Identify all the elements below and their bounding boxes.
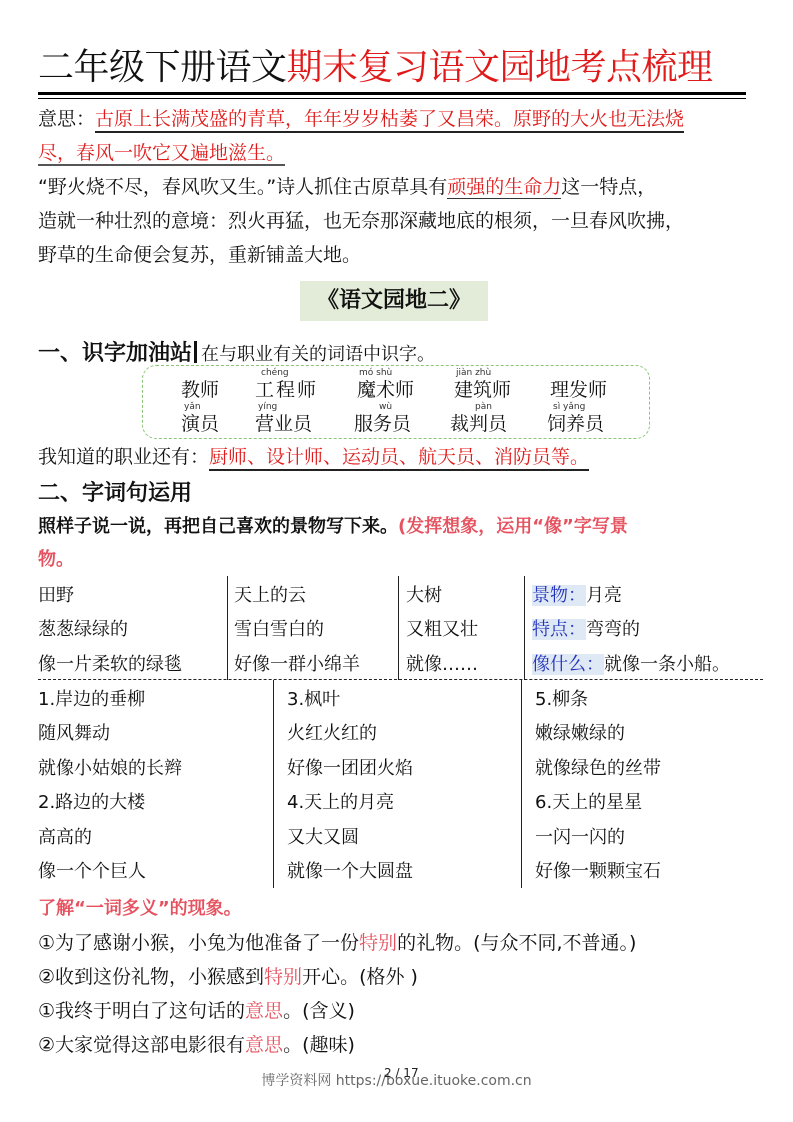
page-title: 二年级下册语文期末复习语文园地考点梳理: [38, 44, 713, 92]
template-value: 弯弯的: [586, 619, 640, 640]
polysemy-text: 的礼物。(与众不同,不普通。): [397, 932, 636, 954]
answer-cell: 就像小姑娘的长辫: [38, 752, 182, 787]
template-label: 像什么：: [532, 654, 604, 675]
answer-cell: 就像绿色的丝带: [535, 752, 661, 787]
answer-cell: 像一个个巨人: [38, 855, 146, 890]
job-word: 理发师: [550, 375, 607, 402]
polysemy-text: 。(趣味): [283, 1034, 355, 1056]
answer-cell: 1.岸边的垂柳: [38, 683, 145, 718]
title-red: 期末复习语文园地考点梳理: [287, 47, 713, 88]
job-word: 演员: [181, 409, 219, 436]
example-cell: 好像一群小绵羊: [234, 648, 360, 683]
example-cell: 田野: [38, 579, 74, 614]
meaning-text-1: 古原上长满茂盛的青草，年年岁岁枯萎了又昌荣。原野的大火也无法烧: [95, 108, 684, 133]
example-cell: 雪白雪白的: [234, 613, 324, 648]
example-cell: 大树: [406, 579, 442, 614]
answer-cell: 火红火红的: [287, 717, 377, 752]
template-value: 月亮: [586, 585, 622, 606]
job-word: 裁判员: [450, 409, 507, 436]
part1-heading: 一、识字加油站在与职业有关的词语中识字。: [38, 336, 435, 367]
title-double-rule: [38, 92, 746, 99]
polysemy-item: ①为了感谢小猴，小兔为他准备了一份特别的礼物。(与众不同,不普通。): [38, 926, 636, 960]
section-badge: 《语文园地二》: [300, 281, 488, 321]
polysemy-item: ①我终于明白了这句话的意思。(含义): [38, 994, 355, 1028]
polysemy-keyword: 意思: [245, 1034, 283, 1056]
template-label: 景物：: [532, 585, 586, 606]
polysemy-text: ②收到这份礼物，小猴感到: [38, 966, 264, 988]
job-word: 建筑师: [454, 375, 511, 402]
example-cell: 又粗又壮: [406, 613, 478, 648]
analysis-line-2: 造就一种壮烈的意境：烈火再猛，也无奈那深藏地底的根须，一旦春风吹拂，: [38, 204, 684, 238]
job-word: 服务员: [354, 409, 411, 436]
polysemy-text: ①我终于明白了这句话的: [38, 1000, 245, 1022]
analysis-line-1: “野火烧不尽，春风吹又生。”诗人抓住古原草具有顽强的生命力这一特点，: [38, 170, 656, 204]
template-row: 特点：弯弯的: [532, 613, 640, 648]
polysemy-item: ②收到这份礼物，小猴感到特别开心。(格外 ): [38, 960, 418, 994]
dashed-divider: [38, 679, 763, 680]
polysemy-keyword: 意思: [245, 1000, 283, 1022]
template-value: 就像一条小船。: [604, 654, 730, 675]
example-cell: 像一片柔软的绿毯: [38, 648, 182, 683]
template-row: 像什么：就像一条小船。: [532, 648, 730, 683]
instruction-hint-cont: 物。: [38, 544, 74, 576]
column-divider: [273, 680, 274, 888]
meaning-text-2: 尽，春风一吹它又遍地滋生。: [38, 142, 285, 166]
answer-cell: 好像一团团火焰: [287, 752, 413, 787]
page-number: 2 / 17: [384, 1066, 419, 1080]
answer-cell: 又大又圆: [287, 821, 359, 856]
analysis-highlight: 顽强的生命力: [447, 176, 561, 199]
divider-bar: [194, 341, 197, 363]
job-word: 营业员: [255, 409, 312, 436]
part1-heading-text: 一、识字加油站: [38, 341, 192, 366]
more-jobs-line: 我知道的职业还有：厨师、设计师、运动员、航天员、消防员等。: [38, 440, 589, 474]
polysemy-keyword: 特别: [264, 966, 302, 988]
example-cell: 葱葱绿绿的: [38, 613, 128, 648]
answer-cell: 5.柳条: [535, 683, 588, 718]
answer-cell: 2.路边的大楼: [38, 786, 145, 821]
polysemy-heading: 了解“一词多义”的现象。: [38, 893, 242, 925]
polysemy-text: 开心。(格外 ): [302, 966, 418, 988]
job-word: 教师: [181, 375, 219, 402]
job-word: 饲养员: [547, 409, 604, 436]
answer-cell: 随风舞动: [38, 717, 110, 752]
more-jobs-answer: 厨师、设计师、运动员、航天员、消防员等。: [209, 446, 589, 471]
job-word: 工程师: [255, 375, 318, 402]
polysemy-text: ②大家觉得这部电影很有: [38, 1034, 245, 1056]
polysemy-text: ①为了感谢小猴，小兔为他准备了一份: [38, 932, 359, 954]
answer-cell: 6.天上的星星: [535, 786, 642, 821]
part2-heading: 二、字词句运用: [38, 476, 192, 507]
analysis-text: 这一特点，: [561, 176, 656, 198]
column-divider: [521, 680, 522, 888]
title-black: 二年级下册语文: [38, 47, 287, 88]
answer-cell: 3.枫叶: [287, 683, 340, 718]
answer-cell: 就像一个大圆盘: [287, 855, 413, 890]
example-cell: 天上的云: [234, 579, 306, 614]
meaning-line-2: 尽，春风一吹它又遍地滋生。: [38, 136, 285, 170]
analysis-line-3: 野草的生命便会复苏，重新铺盖大地。: [38, 238, 361, 272]
analysis-text: “野火烧不尽，春风吹又生。”诗人抓住古原草具有: [38, 176, 447, 198]
polysemy-text: 。(含义): [283, 1000, 355, 1022]
instruction-hint: (发挥想象，运用“像”字写景: [398, 516, 628, 537]
answer-cell: 嫩绿嫩绿的: [535, 717, 625, 752]
answer-cell: 4.天上的月亮: [287, 786, 394, 821]
part1-subtitle: 在与职业有关的词语中识字。: [201, 344, 435, 365]
part2-instruction: 照样子说一说，再把自己喜欢的景物写下来。(发挥想象，运用“像”字写景: [38, 511, 628, 543]
instruction-text: 照样子说一说，再把自己喜欢的景物写下来。: [38, 516, 398, 537]
job-word: 魔术师: [357, 375, 414, 402]
answer-cell: 一闪一闪的: [535, 821, 625, 856]
answer-cell: 好像一颗颗宝石: [535, 855, 661, 890]
polysemy-keyword: 特别: [359, 932, 397, 954]
example-cell: 就像……: [406, 648, 478, 683]
answer-cell: 高高的: [38, 821, 92, 856]
column-divider: [524, 576, 525, 680]
more-jobs-label: 我知道的职业还有：: [38, 446, 209, 468]
polysemy-item: ②大家觉得这部电影很有意思。(趣味): [38, 1028, 355, 1062]
template-row: 景物：月亮: [532, 579, 622, 614]
column-divider: [227, 576, 228, 680]
jobs-box: chéng mó shù jiàn zhù 教师 工程师 魔术师 建筑师 理发师…: [142, 365, 650, 439]
meaning-line-1: 意思：古原上长满茂盛的青草，年年岁岁枯萎了又昌荣。原野的大火也无法烧: [38, 102, 684, 136]
template-label: 特点：: [532, 619, 586, 640]
meaning-label: 意思：: [38, 108, 95, 130]
column-divider: [398, 576, 399, 680]
